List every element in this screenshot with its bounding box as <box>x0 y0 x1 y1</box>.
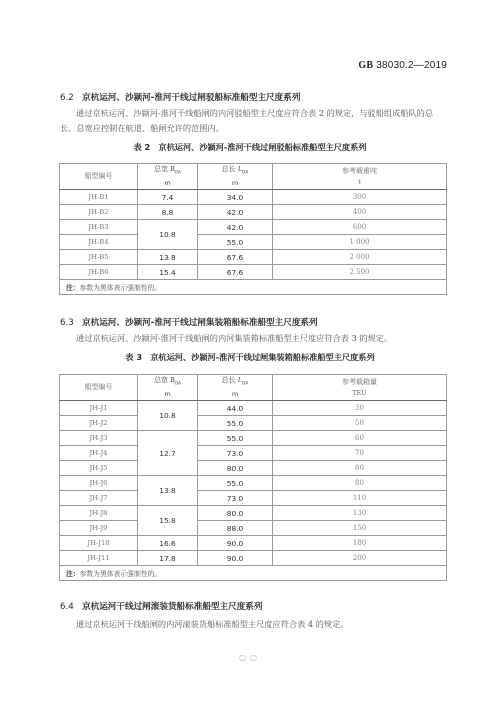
length-value: 88.0 <box>198 521 273 536</box>
standard-number: 38030.2—2019 <box>376 60 447 71</box>
reference-value: 600 <box>273 220 447 235</box>
section-number: 6.2 <box>60 93 82 103</box>
standard-prefix: GB <box>358 60 373 71</box>
section-paragraph-6-3: 通过京杭运河、沙颍河-淮河干线船闸的内河集装箱标准船型主尺度应符合表 3 的规定… <box>60 331 448 346</box>
ship-id: JH-J5 <box>60 461 138 476</box>
width-value: 12.7 <box>138 431 198 476</box>
ship-id: JH-J4 <box>60 446 138 461</box>
table-row: JH-J8 15.8 80.0 130 <box>60 506 447 521</box>
reference-value: 200 <box>273 551 447 566</box>
length-value: 67.6 <box>198 250 273 265</box>
section-paragraph-6-4: 通过京杭运河干线船闸的内河滚装货船标准船型主尺度应符合表 4 的规定。 <box>60 617 448 632</box>
reference-value: 400 <box>273 205 447 220</box>
reference-value: 80 <box>273 476 447 491</box>
ship-id: JH-B5 <box>60 250 138 265</box>
reference-value: 2 500 <box>273 265 447 280</box>
table-row: JH-J4 73.0 70 <box>60 446 447 461</box>
reference-value: 30 <box>273 401 447 416</box>
length-value: 73.0 <box>198 446 273 461</box>
ship-id: JH-B6 <box>60 265 138 280</box>
reference-value: 50 <box>273 416 447 431</box>
length-value: 80.0 <box>198 461 273 476</box>
ship-id: JH-J2 <box>60 416 138 431</box>
length-value: 34.0 <box>198 190 273 205</box>
length-value: 73.0 <box>198 491 273 506</box>
table-row: JH-J10 16.6 90.0 180 <box>60 536 447 551</box>
ship-id: JH-B3 <box>60 220 138 235</box>
table-row: JH-B5 13.8 67.6 2 000 <box>60 250 447 265</box>
ship-id: JH-B1 <box>60 190 138 205</box>
header-length: 总长 LOAm <box>198 164 273 190</box>
reference-value: 60 <box>273 431 447 446</box>
width-value: 7.4 <box>138 190 198 205</box>
table-row: JH-J3 12.7 55.0 60 <box>60 431 447 446</box>
section-paragraph-6-2: 通过京杭运河、沙颍河-淮河干线船闸的内河驳船型主尺度应符合表 2 的规定，与驳船… <box>60 106 448 136</box>
table-header-row: 船型编号 总宽 BOAm 总长 LOAm 参考载箱量TEU <box>60 375 447 401</box>
length-value: 55.0 <box>198 235 273 250</box>
width-value: 8.8 <box>138 205 198 220</box>
header-width: 总宽 BOAm <box>138 375 198 401</box>
table-row: JH-J7 73.0 110 <box>60 491 447 506</box>
header-ship-id: 船型编号 <box>60 164 138 190</box>
reference-value: 300 <box>273 190 447 205</box>
table-row: JH-J2 55.0 50 <box>60 416 447 431</box>
section-title: 京杭运河干线过闸滚装货船标准船型主尺度系列 <box>82 602 262 612</box>
length-value: 42.0 <box>198 220 273 235</box>
ship-id: JH-J1 <box>60 401 138 416</box>
header-width: 总宽 BOAm <box>138 164 198 190</box>
table-row: JH-J5 80.0 80 <box>60 461 447 476</box>
ship-id: JH-J3 <box>60 431 138 446</box>
table-row: JH-B6 15.4 67.6 2 500 <box>60 265 447 280</box>
ship-id: JH-J9 <box>60 521 138 536</box>
table-row: JH-J11 17.8 90.0 200 <box>60 551 447 566</box>
table-row: JH-B2 8.8 42.0 400 <box>60 205 447 220</box>
page-number: ○○ <box>0 653 500 662</box>
table-note: 注：参数为黑体表示强制性的。 <box>60 280 447 295</box>
header-length: 总长 LOAm <box>198 375 273 401</box>
reference-value: 150 <box>273 521 447 536</box>
table-3-caption: 表 3 京杭运河、沙颍河-淮河干线过闸集装箱船标准船型主尺度系列 <box>0 352 500 363</box>
ship-id: JH-B2 <box>60 205 138 220</box>
width-value: 15.8 <box>138 506 198 536</box>
reference-value: 70 <box>273 446 447 461</box>
section-title: 京杭运河、沙颍河-淮河干线过闸集装箱船标准船型主尺度系列 <box>82 318 318 328</box>
ship-id: JH-J10 <box>60 536 138 551</box>
ship-id: JH-B4 <box>60 235 138 250</box>
reference-value: 80 <box>273 461 447 476</box>
length-value: 67.6 <box>198 265 273 280</box>
section-heading-6-3: 6.3京杭运河、沙颍河-淮河干线过闸集装箱船标准船型主尺度系列 <box>60 316 318 328</box>
section-heading-6-4: 6.4京杭运河干线过闸滚装货船标准船型主尺度系列 <box>60 600 262 612</box>
length-value: 42.0 <box>198 205 273 220</box>
table-row: JH-B1 7.4 34.0 300 <box>60 190 447 205</box>
width-value: 10.8 <box>138 401 198 431</box>
table-note: 注：参数为黑体表示强制性的。 <box>60 566 447 581</box>
width-value: 10.8 <box>138 220 198 250</box>
width-value: 15.4 <box>138 265 198 280</box>
ship-id: JH-J6 <box>60 476 138 491</box>
reference-value: 2 000 <box>273 250 447 265</box>
ship-id: JH-J8 <box>60 506 138 521</box>
section-title: 京杭运河、沙颍河-淮河干线过闸驳船标准船型主尺度系列 <box>82 93 300 103</box>
table-row: JH-J9 88.0 150 <box>60 521 447 536</box>
length-value: 55.0 <box>198 476 273 491</box>
reference-value: 130 <box>273 506 447 521</box>
length-value: 90.0 <box>198 536 273 551</box>
table-note-row: 注：参数为黑体表示强制性的。 <box>60 566 447 581</box>
table-note-row: 注：参数为黑体表示强制性的。 <box>60 280 447 295</box>
length-value: 80.0 <box>198 506 273 521</box>
reference-value: 1 000 <box>273 235 447 250</box>
section-heading-6-2: 6.2京杭运河、沙颍河-淮河干线过闸驳船标准船型主尺度系列 <box>60 91 300 103</box>
length-value: 55.0 <box>198 431 273 446</box>
section-number: 6.3 <box>60 318 82 328</box>
length-value: 44.0 <box>198 401 273 416</box>
header-reference-tonnage: 参考载重吨t <box>273 164 447 190</box>
width-value: 13.8 <box>138 250 198 265</box>
table-header-row: 船型编号 总宽 BOAm 总长 LOAm 参考载重吨t <box>60 164 447 190</box>
width-value: 16.6 <box>138 536 198 551</box>
ship-id: JH-J7 <box>60 491 138 506</box>
reference-value: 110 <box>273 491 447 506</box>
ship-id: JH-J11 <box>60 551 138 566</box>
table-row: JH-J1 10.8 44.0 30 <box>60 401 447 416</box>
section-number: 6.4 <box>60 602 82 612</box>
length-value: 55.0 <box>198 416 273 431</box>
table-2-caption: 表 2 京杭运河、沙颍河-淮河干线过闸驳船标准船型主尺度系列 <box>0 142 500 153</box>
table-row: JH-J6 13.8 55.0 80 <box>60 476 447 491</box>
length-value: 90.0 <box>198 551 273 566</box>
table-row: JH-B3 10.8 42.0 600 <box>60 220 447 235</box>
header-reference-teu: 参考载箱量TEU <box>273 375 447 401</box>
table-3: 船型编号 总宽 BOAm 总长 LOAm 参考载箱量TEU JH-J1 10.8… <box>59 374 447 581</box>
header-ship-id: 船型编号 <box>60 375 138 401</box>
table-row: JH-B4 55.0 1 000 <box>60 235 447 250</box>
table-2: 船型编号 总宽 BOAm 总长 LOAm 参考载重吨t JH-B1 7.4 34… <box>59 163 447 295</box>
standard-code: GB 38030.2—2019 <box>358 60 447 71</box>
reference-value: 180 <box>273 536 447 551</box>
width-value: 17.8 <box>138 551 198 566</box>
width-value: 13.8 <box>138 476 198 506</box>
